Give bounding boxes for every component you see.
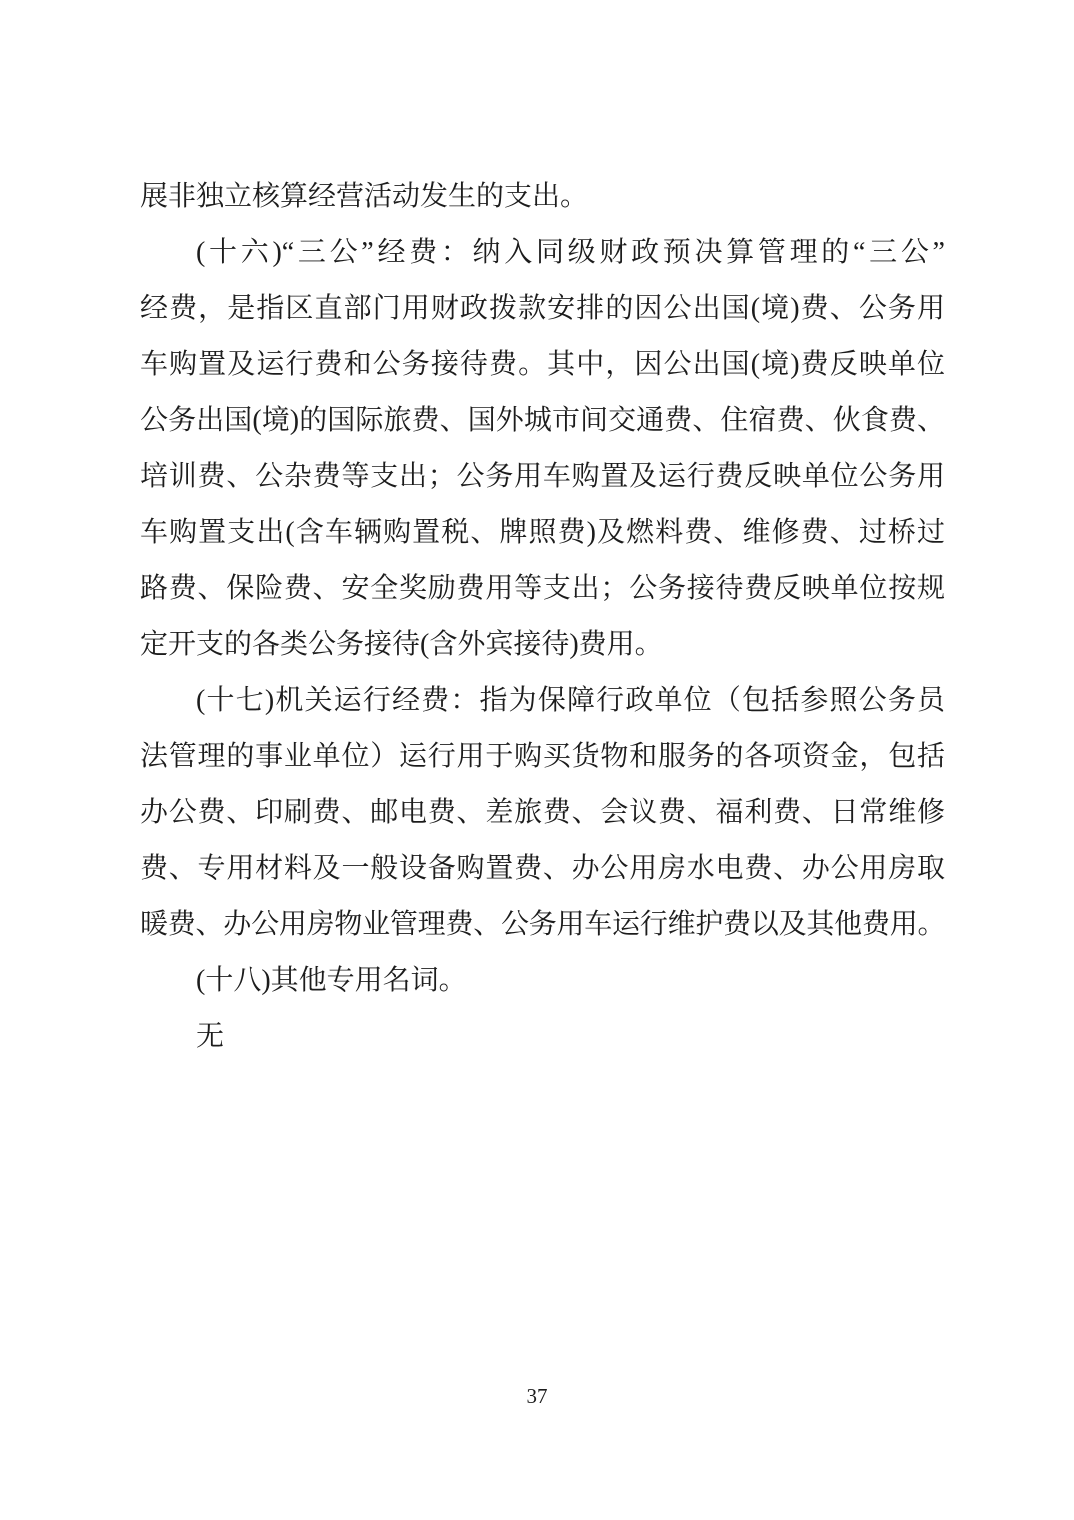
text-line: 路费、保险费、安全奖励费用等支出；公务接待费反映单位按规 [140,561,945,617]
text-line-para16-end: 定开支的各类公务接待(含外宾接待)费用。 [140,617,945,673]
text-line: 法管理的事业单位）运行用于购买货物和服务的各项资金，包括 [140,729,945,785]
text-line: 费、专用材料及一般设备购置费、办公用房水电费、办公用房取 [140,841,945,897]
text-line-para16-start: (十六)“三公”经费：纳入同级财政预决算管理的“三公” [140,225,945,281]
text-line-para17-start: (十七)机关运行经费：指为保障行政单位（包括参照公务员 [140,673,945,729]
text-line-none: 无 [140,1009,945,1065]
text-line-para17-end: 暖费、办公用房物业管理费、公务用车运行维护费以及其他费用。 [140,897,945,953]
page-footer: 37 [0,1384,1074,1409]
text-line: 经费，是指区直部门用财政拨款安排的因公出国(境)费、公务用 [140,281,945,337]
text-line-continuation: 展非独立核算经营活动发生的支出。 [140,169,945,225]
text-block: 展非独立核算经营活动发生的支出。 (十六)“三公”经费：纳入同级财政预决算管理的… [140,169,945,1065]
text-line-para18: (十八)其他专用名词。 [140,953,945,1009]
page-number: 37 [527,1384,548,1408]
text-line: 办公费、印刷费、邮电费、差旅费、会议费、福利费、日常维修 [140,785,945,841]
text-line: 培训费、公杂费等支出；公务用车购置及运行费反映单位公务用 [140,449,945,505]
document-page: 展非独立核算经营活动发生的支出。 (十六)“三公”经费：纳入同级财政预决算管理的… [0,0,1074,1520]
text-line: 公务出国(境)的国际旅费、国外城市间交通费、住宿费、伙食费、 [140,393,945,449]
text-line: 车购置及运行费和公务接待费。其中，因公出国(境)费反映单位 [140,337,945,393]
text-line: 车购置支出(含车辆购置税、牌照费)及燃料费、维修费、过桥过 [140,505,945,561]
